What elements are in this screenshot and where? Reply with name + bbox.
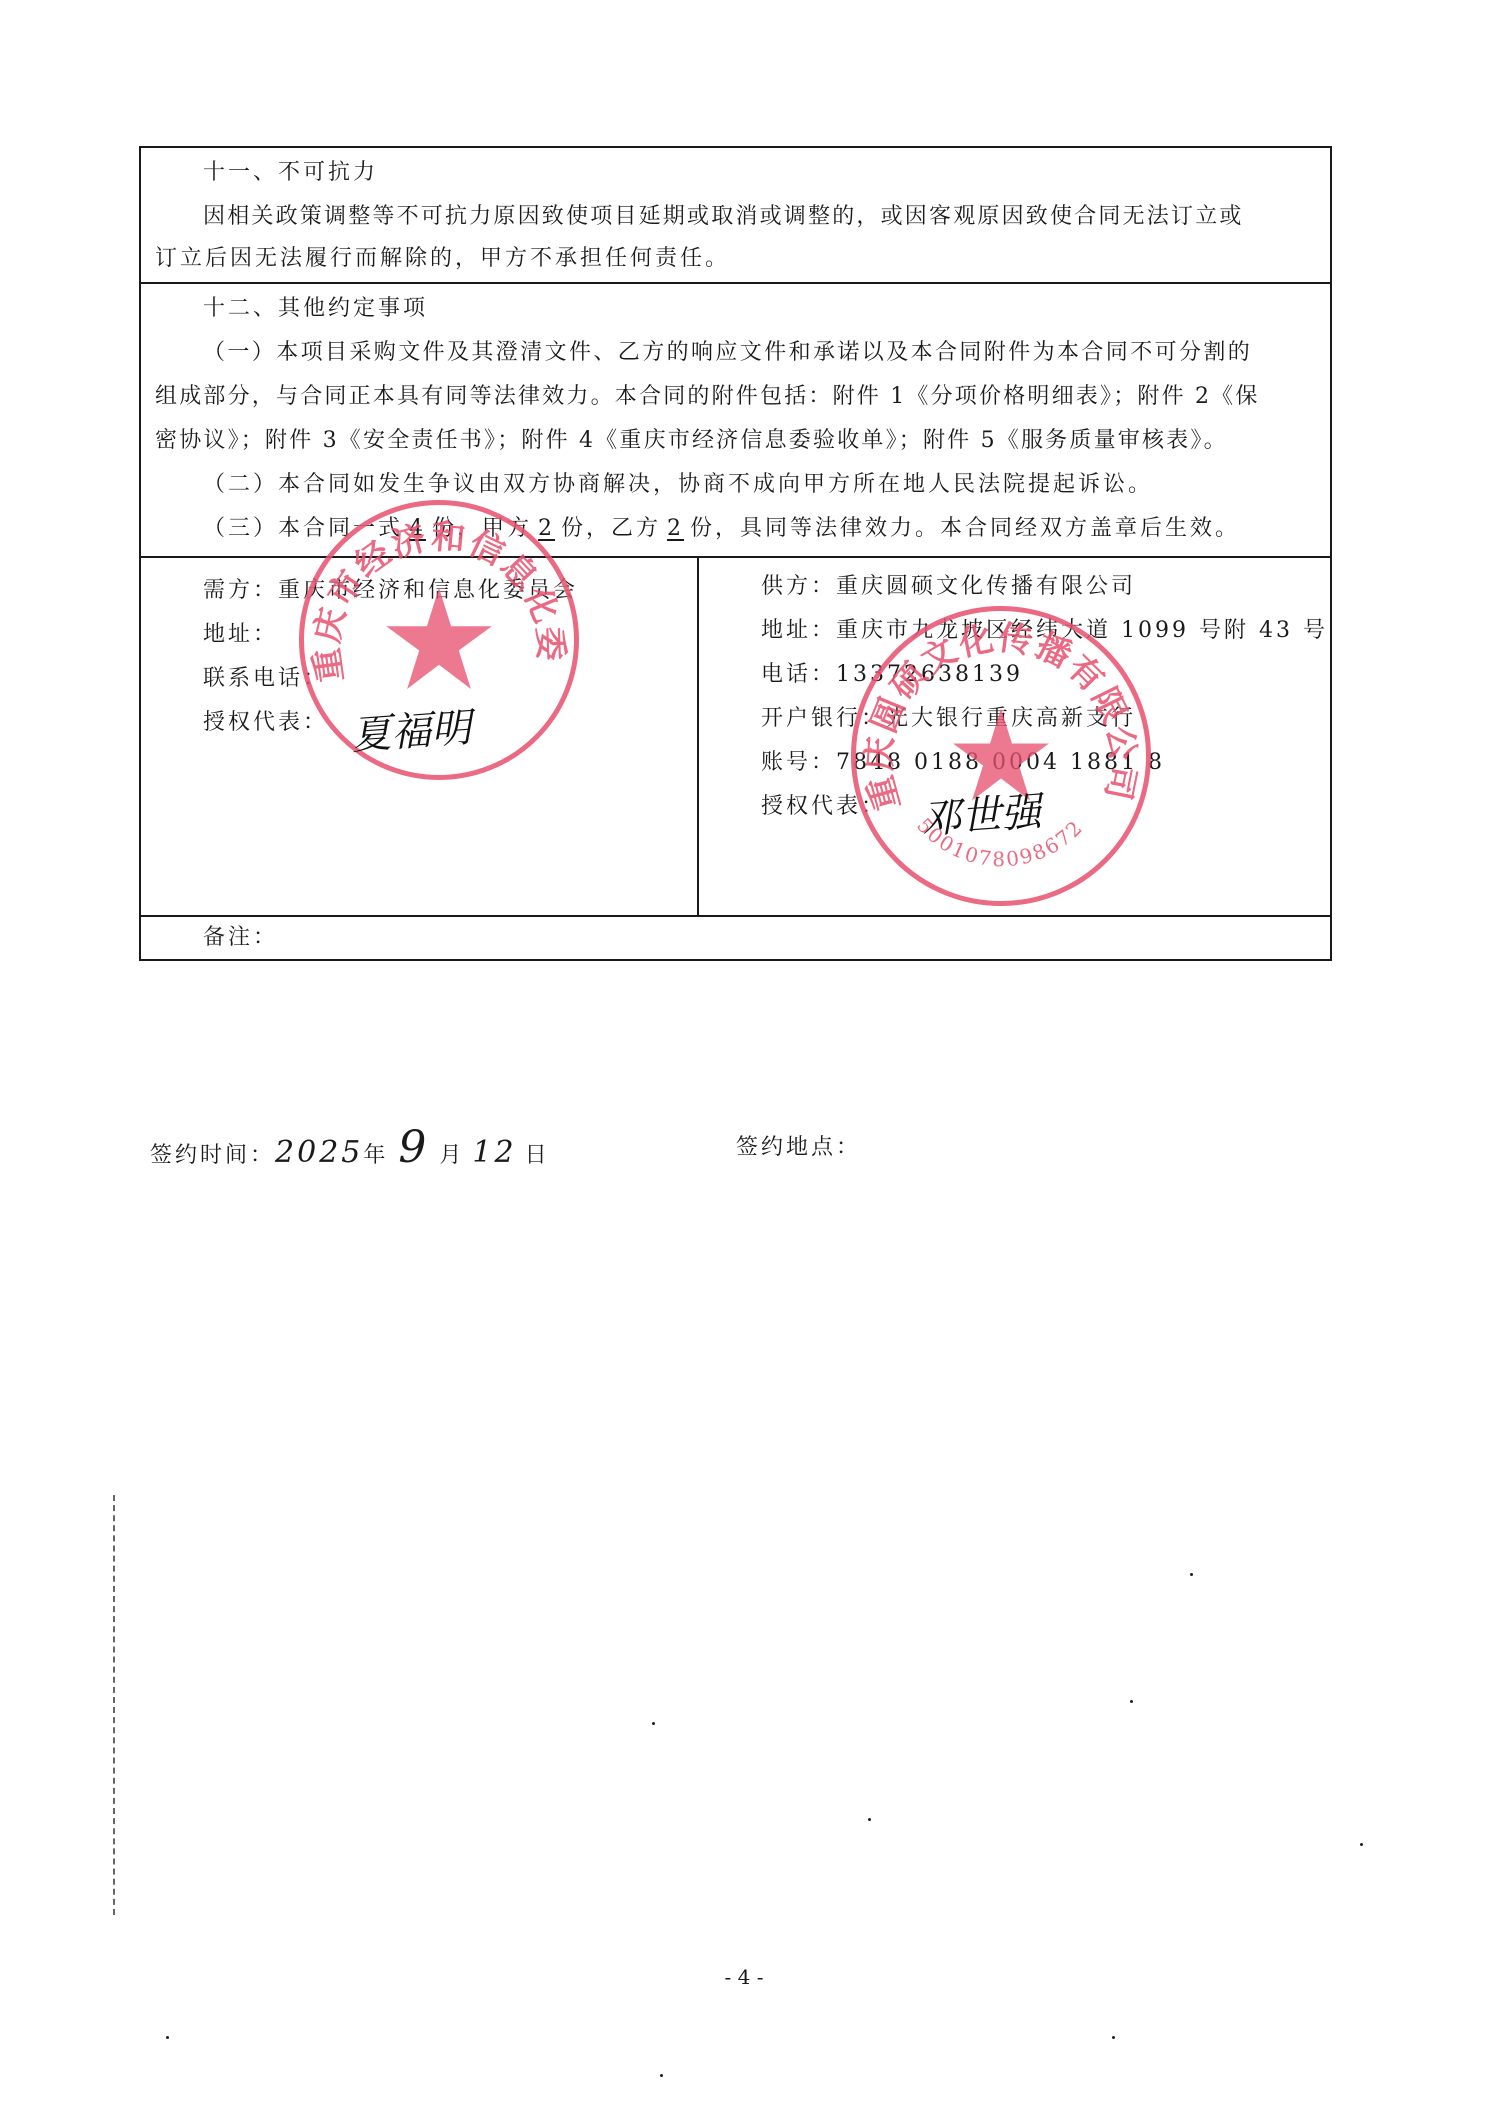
scan-speck <box>652 1722 655 1725</box>
supplier-address-label: 地址： <box>761 618 836 643</box>
scan-speck <box>166 2036 169 2039</box>
remarks-line: 备注： <box>203 923 278 953</box>
signing-year-unit: 年 <box>363 1143 388 1168</box>
section-11-body-line2: 订立后因无法履行而解除的，甲方不承担任何责任。 <box>155 244 730 274</box>
scan-speck <box>1190 1573 1193 1576</box>
remarks-label: 备注： <box>203 925 278 950</box>
supplier-rep-signature: 邓世强 <box>919 780 1043 845</box>
item3-mid2: 份，乙方 <box>561 516 661 541</box>
binding-margin-line <box>113 1495 115 1915</box>
parties-section: 需方：重庆市经济和信息化委员会 地址： 联系电话： 授权代表： <box>141 558 1330 917</box>
scan-speck <box>1130 1700 1133 1703</box>
contract-page: 十一、不可抗力 因相关政策调整等不可抗力原因致使项目延期或取消或调整的，或因客观… <box>0 0 1488 2104</box>
supplier-seal-ring-text: 重庆圆硕文化传播有限公司 5001078098672 <box>856 611 1146 901</box>
section-12-item1-line3: 密协议》；附件 3《安全责任书》；附件 4《重庆市经济信息委验收单》；附件 5《… <box>155 426 1228 456</box>
signing-month: 9 <box>388 1122 439 1173</box>
item3-party-b-copies: 2 <box>661 516 690 541</box>
scan-speck <box>868 1818 871 1821</box>
signing-place: 签约地点： <box>736 1130 861 1161</box>
supplier-name-label: 供方： <box>761 574 836 599</box>
signing-month-unit: 月 <box>439 1143 464 1168</box>
scan-speck <box>1112 2036 1115 2039</box>
supplier-account-label: 账号： <box>761 750 836 775</box>
signing-day: 12 <box>464 1135 524 1170</box>
section-12-item1-line1: （一）本项目采购文件及其澄清文件、乙方的响应文件和承诺以及本合同附件为本合同不可… <box>203 338 1252 368</box>
signing-time-label: 签约时间： <box>150 1143 275 1168</box>
buyer-name-label: 需方： <box>203 578 278 603</box>
section-11-heading: 十一、不可抗力 <box>203 158 378 188</box>
buyer-rep-signature: 夏福明 <box>349 696 473 761</box>
signing-day-unit: 日 <box>525 1143 550 1168</box>
buyer-address-label: 地址： <box>203 622 278 647</box>
party-column-divider <box>697 558 699 915</box>
section-12-item1-line2: 组成部分，与合同正本具有同等法律效力。本合同的附件包括：附件 1《分项价格明细表… <box>155 382 1260 412</box>
section-12-item2: （二）本合同如发生争议由双方协商解决，协商不成向甲方所在地人民法院提起诉讼。 <box>203 470 1153 500</box>
page-number: - 4 - <box>0 1965 1488 1989</box>
remarks-section: 备注： <box>141 917 1330 961</box>
svg-text:重庆市经济和信息化委员会: 重庆市经济和信息化委员会 <box>304 505 571 685</box>
supplier-phone-label: 电话： <box>761 662 836 687</box>
signing-year: 2025 <box>275 1135 363 1170</box>
buyer-address-line: 地址： <box>203 620 278 650</box>
signing-place-label: 签约地点： <box>736 1135 861 1160</box>
section-11-body-line1: 因相关政策调整等不可抗力原因致使项目延期或取消或调整的，或因客观原因致使合同无法… <box>203 202 1244 232</box>
item3-suffix: 份，具同等法律效力。本合同经双方盖章后生效。 <box>690 516 1240 541</box>
contract-terms-table: 十一、不可抗力 因相关政策调整等不可抗力原因致使项目延期或取消或调整的，或因客观… <box>139 146 1332 961</box>
signing-time: 签约时间：2025年9月12日 <box>150 1122 550 1173</box>
supplier-official-seal: 重庆圆硕文化传播有限公司 5001078098672 <box>851 606 1151 906</box>
supplier-name-line: 供方：重庆圆硕文化传播有限公司 <box>761 572 1136 602</box>
force-majeure-section: 十一、不可抗力 因相关政策调整等不可抗力原因致使项目延期或取消或调整的，或因客观… <box>141 148 1330 284</box>
scan-speck <box>660 2074 663 2077</box>
supplier-name: 重庆圆硕文化传播有限公司 <box>836 574 1136 599</box>
section-12-heading: 十二、其他约定事项 <box>203 294 428 324</box>
scan-speck <box>1360 1843 1363 1846</box>
